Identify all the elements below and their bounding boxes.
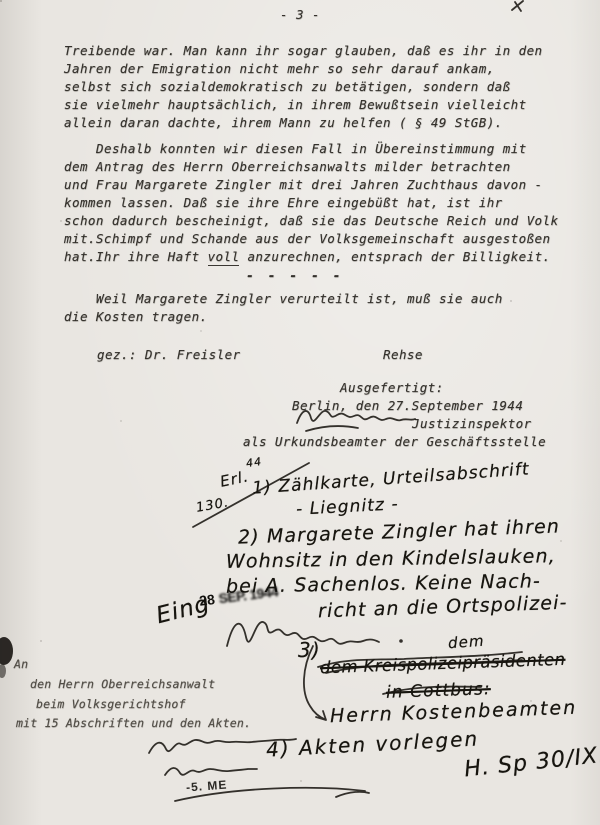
ink-blot-small (0, 664, 6, 678)
handwritten-note2-line1: 2) Margarete Zingler hat ihren (238, 515, 561, 548)
handwritten-note1-liegnitz: - Liegnitz - (296, 494, 400, 519)
body-line: und Frau Margarete Zingler mit drei Jahr… (64, 176, 559, 194)
received-stamp: 28 SEP. 1944 (198, 583, 279, 609)
body-text: hat.Ihr ihre Haft (64, 249, 208, 264)
illegible-scribble-line-2 (165, 768, 257, 775)
handwritten-note1: 1) Zählkarte, Urteilsabschrift (252, 459, 531, 498)
scanned-document-page: - 3 - Treibende war. Man kann ihr sogar … (0, 0, 600, 825)
handwritten-note3-struck-line1: dem Kreispolizeipräsidenten (320, 650, 566, 678)
body-line: kommen lassen. Daß sie ihre Ehre eingebü… (64, 194, 559, 212)
body-text: anzurechnen, entsprach der Billigkeit. (239, 249, 550, 264)
body-line: allein daran dachte, ihrem Mann zu helfe… (64, 114, 543, 132)
handwritten-note1-superscript: 44 (245, 455, 263, 470)
certification-title: Justizinspektor (412, 415, 532, 433)
handwritten-note3-kostenbeamten: Herrn Kostenbeamten (330, 697, 578, 728)
body-line: die Kosten tragen. (64, 308, 503, 326)
address-line-abschriften: mit 15 Abschriften und den Akten. (16, 714, 251, 734)
signature-rehse: Rehse (383, 346, 423, 364)
body-line: Weil Margarete Zingler verurteilt ist, m… (64, 290, 503, 308)
body-line: mit.Schimpf und Schande aus der Volksgem… (64, 230, 559, 248)
handwritten-note3-insert: dem (447, 632, 485, 653)
body-line-with-underline: hat.Ihr ihre Haft voll anzurechnen, ents… (64, 248, 559, 266)
handwritten-note2-line2: Wohnsitz in den Kindelslauken, (226, 545, 556, 573)
inspector-signature-underflourish (306, 426, 358, 431)
body-line: Deshalb konnten wir diesen Fall in Übere… (64, 140, 559, 158)
handwritten-note3-number: 3) (298, 638, 321, 662)
address-line-oberreichsanwalt: den Herrn Oberreichsanwalt (30, 675, 215, 695)
body-line: dem Antrag des Herrn Oberreichsanwalts m… (64, 158, 559, 176)
handwritten-note2-line4: richt an die Ortspolizei- (318, 592, 568, 623)
handwritten-note1-prefix: Erl. (218, 467, 250, 491)
body-line: Treibende war. Man kann ihr sogar glaube… (64, 42, 543, 60)
certification-role: als Urkundsbeamter der Geschäftsstelle (243, 433, 546, 451)
certification-place-date: Berlin, den 27.September 1944 (292, 397, 523, 415)
underlined-word: voll (208, 249, 240, 266)
received-stamp-day: 28 (198, 591, 215, 609)
body-line: Jahren der Emigration nicht mehr so sehr… (64, 60, 543, 78)
paragraph-3: Weil Margarete Zingler verurteilt ist, m… (64, 290, 503, 326)
handwritten-initials-date: H. Sp 30/IX. (463, 743, 600, 783)
paragraph-1: Treibende war. Man kann ihr sogar glaube… (64, 42, 543, 132)
address-line-volksgerichtshof: beim Volksgerichtshof (36, 695, 186, 715)
date-stamp-2: -5. ME (186, 778, 228, 795)
address-line-an: An (14, 655, 28, 675)
body-line: sie vielmehr hauptsächlich, in ihrem Bew… (64, 96, 543, 114)
body-line: selbst sich sozialdemokratisch zu betäti… (64, 78, 543, 96)
ink-blot (0, 637, 13, 665)
paper-noise (0, 0, 2, 2)
handwritten-note4-akten-vorlegen: 4) Akten vorlegen (266, 726, 480, 761)
dashed-separator: - - - - - (246, 268, 343, 286)
paragraph-2: Deshalb konnten wir diesen Fall in Übere… (64, 140, 559, 266)
body-line: schon dadurch bescheinigt, daß sie das D… (64, 212, 559, 230)
handwritten-margin-number: 130. (195, 495, 230, 516)
clerk-signature-period (399, 639, 403, 643)
page-number: - 3 - (0, 6, 600, 24)
certification-label: Ausgefertigt: (340, 379, 444, 397)
signature-freisler: gez.: Dr. Freisler (97, 346, 241, 364)
